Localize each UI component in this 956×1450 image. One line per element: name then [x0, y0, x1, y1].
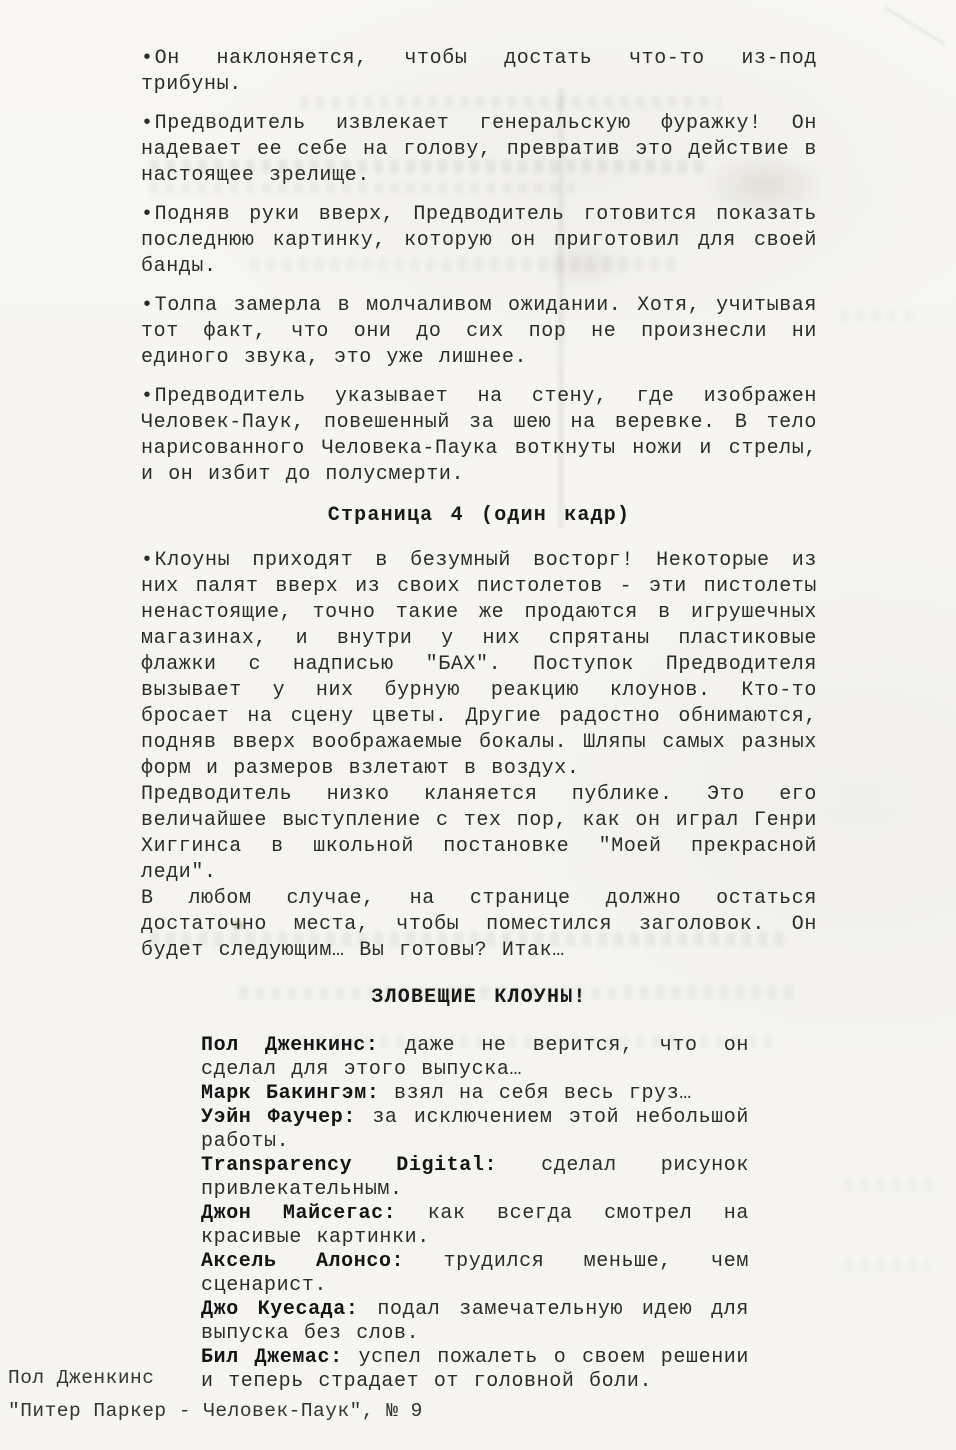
script-bullet-paragraph: •Предводитель извлекает генеральскую фур… [141, 111, 817, 189]
script-paragraph: Предводитель низко кланяется публике. Эт… [141, 782, 817, 886]
bullet-marker: • [141, 385, 155, 408]
bullet-marker: • [141, 112, 155, 135]
scan-artifact [845, 1260, 930, 1272]
author-name: Пол Дженкинс [8, 1362, 423, 1395]
paragraph-text: Предводитель указывает на стену, где изо… [141, 385, 817, 486]
credit-name: Марк Бакингэм: [201, 1082, 379, 1105]
credit-text: взял на себя весь груз… [394, 1082, 692, 1105]
script-bullet-paragraph: •Подняв руки вверх, Предводитель готовит… [141, 202, 817, 280]
scan-artifact [840, 310, 920, 322]
credit-line: Марк Бакингэм: взял на себя весь груз… [201, 1082, 749, 1106]
credit-name: Пол Дженкинс: [201, 1034, 378, 1057]
paragraph-text: Толпа замерла в молчаливом ожидании. Хот… [141, 294, 817, 369]
scanned-script-page: { "colors": { "paper": "#f6f5f2", "ink":… [0, 0, 956, 1450]
script-paragraph: В любом случае, на странице должно остат… [141, 886, 817, 964]
script-body: •Он наклоняется, чтобы достать что-то из… [141, 46, 817, 1394]
paragraph-text: Предводитель извлекает генеральскую фура… [141, 112, 817, 187]
script-bullet-paragraph: •Предводитель указывает на стену, где из… [141, 384, 817, 488]
credit-name: Аксель Алонсо: [201, 1250, 404, 1273]
credit-name: Уэйн Фаучер: [201, 1106, 356, 1129]
page-heading: Страница 4 (один кадр) [141, 503, 817, 529]
credit-name: Transparency Digital: [201, 1154, 497, 1177]
credit-line: Джо Куесада: подал замечательную идею дл… [201, 1298, 749, 1346]
credits-block: Пол Дженкинс: даже не верится, что он сд… [201, 1034, 749, 1394]
script-bullet-paragraph: •Он наклоняется, чтобы достать что-то из… [141, 46, 817, 98]
credit-name: Джон Майсегас: [201, 1202, 396, 1225]
scan-artifact [845, 1180, 935, 1192]
paragraph-text: Подняв руки вверх, Предводитель готовитс… [141, 203, 817, 278]
scan-scratch [885, 7, 945, 46]
credit-line: Джон Майсегас: как всегда смотрел на кра… [201, 1202, 749, 1250]
bullet-marker: • [141, 294, 155, 317]
credit-line: Аксель Алонсо: трудился меньше, чем сцен… [201, 1250, 749, 1298]
issue-reference: "Питер Паркер - Человек-Паук", № 9 [8, 1395, 423, 1428]
bullet-marker: • [141, 203, 155, 226]
script-bullet-paragraph: •Толпа замерла в молчаливом ожидании. Хо… [141, 293, 817, 371]
credit-name: Джо Куесада: [201, 1298, 358, 1321]
credit-line: Пол Дженкинс: даже не верится, что он сд… [201, 1034, 749, 1082]
issue-title-heading: ЗЛОВЕЩИЕ КЛОУНЫ! [141, 985, 817, 1011]
page: •Он наклоняется, чтобы достать что-то из… [0, 0, 956, 1450]
attribution-footer: Пол Дженкинс "Питер Паркер - Человек-Пау… [8, 1362, 423, 1428]
credit-line: Уэйн Фаучер: за исключением этой небольш… [201, 1106, 749, 1154]
paragraph-text: Клоуны приходят в безумный восторг! Неко… [141, 549, 817, 780]
paragraph-text: Он наклоняется, чтобы достать что-то из-… [141, 47, 817, 96]
bullet-marker: • [141, 549, 155, 572]
credit-line: Transparency Digital: сделал рисунок при… [201, 1154, 749, 1202]
script-bullet-paragraph: •Клоуны приходят в безумный восторг! Нек… [141, 548, 817, 782]
bullet-marker: • [141, 47, 155, 70]
